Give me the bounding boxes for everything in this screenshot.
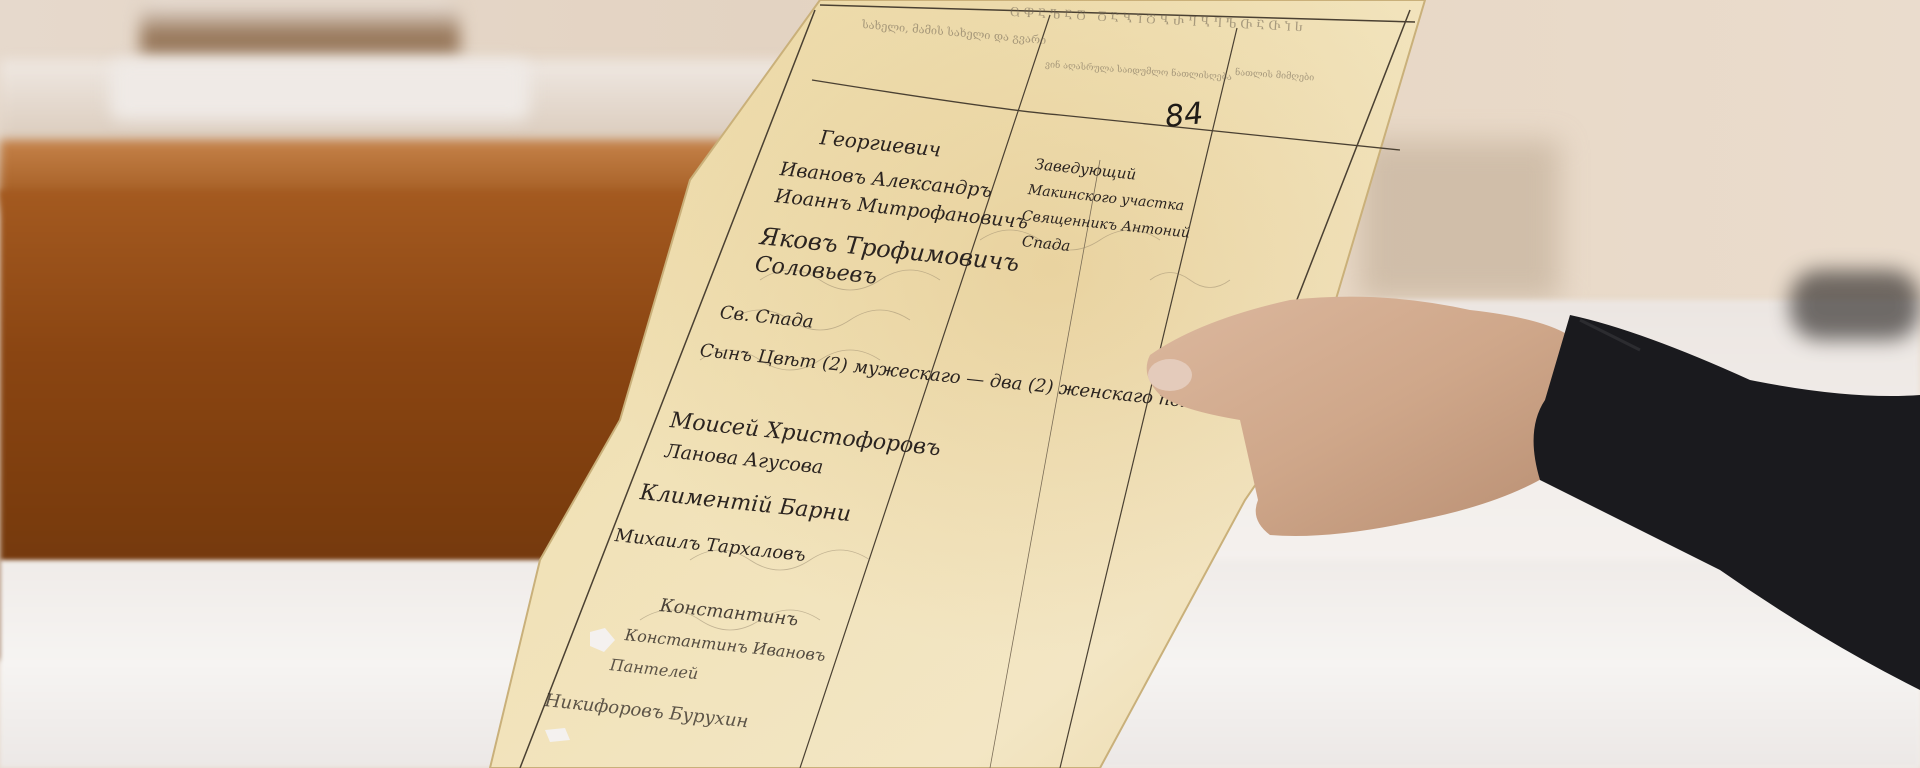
sleeve-shape xyxy=(0,0,1920,768)
black-sleeve xyxy=(0,0,1920,768)
